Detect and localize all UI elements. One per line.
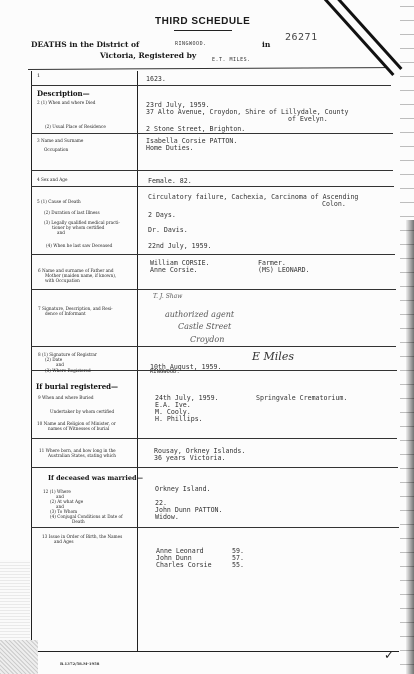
informant-town: Croydon bbox=[190, 335, 224, 344]
informant-description: authorized agent bbox=[165, 310, 234, 319]
certificate-number: 26271 bbox=[285, 32, 318, 43]
row-divider bbox=[31, 289, 396, 290]
witness-2-value: H. Phillips. bbox=[155, 415, 203, 423]
birthplace-label-2: Australian States, stating which bbox=[48, 453, 116, 458]
deaths-district-label: DEATHS in the District of bbox=[31, 40, 139, 49]
undertaker-label: Undertaker by whom certified bbox=[50, 409, 114, 414]
last-saw-value: 22nd July, 1959. bbox=[148, 242, 212, 250]
row-divider bbox=[31, 186, 394, 187]
parents-label-3: with Occupation bbox=[45, 278, 80, 283]
burial-place-value: Springvale Crematorium. bbox=[256, 394, 347, 402]
issue-name: Charles Corsie bbox=[156, 561, 212, 569]
conjugal-label-1: (4) Conjugal Conditions at Date of bbox=[50, 514, 123, 519]
registrar-signature: E Miles bbox=[252, 350, 294, 363]
title-underline bbox=[174, 30, 232, 31]
where-registered-value: RINGWOOD. bbox=[150, 369, 180, 375]
married-age-label: (2) At what Age bbox=[50, 499, 83, 504]
and-label: and bbox=[56, 362, 64, 367]
cause-of-death-value-cont: Colon. bbox=[322, 200, 346, 208]
in-label: in bbox=[262, 40, 270, 49]
district-value: RINGWOOD. bbox=[175, 41, 207, 47]
issue-age: 55. bbox=[232, 561, 244, 569]
death-certificate-page: THIRD SCHEDULE DEATHS in the District of… bbox=[0, 0, 414, 674]
mother-maiden-value: (MS) LEONARD. bbox=[258, 266, 310, 274]
duration-illness-value: 2 Days. bbox=[148, 211, 176, 219]
cause-of-death-label: 5 (1) Cause of Death bbox=[37, 199, 81, 204]
practitioner-value: Dr. Davis. bbox=[148, 226, 188, 234]
form-frame bbox=[31, 71, 395, 651]
diagonal-stripe-icon bbox=[322, 0, 394, 76]
last-saw-label: (4) When he last saw Deceased bbox=[46, 243, 112, 248]
duration-illness-label: (2) Duration of last Illness bbox=[44, 210, 100, 215]
description-heading: Description— bbox=[37, 89, 90, 98]
row-divider bbox=[31, 254, 395, 255]
registration-number-value: 1623. bbox=[146, 75, 166, 83]
informant-street: Castle Street bbox=[178, 322, 231, 331]
conjugal-label-2: Death bbox=[72, 519, 85, 524]
registrar-value: E.T. MILES. bbox=[212, 57, 251, 63]
diagonal-stripe-icon bbox=[330, 0, 402, 70]
sex-age-label: 4 Sex and Age bbox=[37, 177, 67, 182]
document-title: THIRD SCHEDULE bbox=[155, 16, 250, 27]
page-edge-shadow bbox=[406, 220, 414, 674]
checkmark-icon: ✓ bbox=[384, 648, 394, 662]
informant-signature: T. J. Shaw bbox=[153, 293, 182, 300]
top-rule bbox=[28, 67, 388, 70]
where-registered-label: (3) Where Registered bbox=[45, 368, 91, 373]
name-surname-label: 3 Name and Surname bbox=[37, 138, 83, 143]
place-of-death-value-cont: of Evelyn. bbox=[288, 115, 328, 123]
when-where-died-label: 2 (1) When and where Died bbox=[37, 100, 95, 105]
archive-watermark-icon bbox=[0, 640, 38, 674]
row-1-label: 1 bbox=[37, 74, 40, 79]
informant-label-2: dence of Informant bbox=[45, 311, 86, 316]
row-divider bbox=[31, 170, 393, 171]
marriage-place-value: Orkney Island. bbox=[155, 485, 211, 493]
registered-by-label: Victoria, Registered by bbox=[100, 51, 196, 60]
form-bottom-rule bbox=[31, 651, 399, 652]
form-code: B.1372/58.M-1958 bbox=[60, 661, 99, 666]
row-divider bbox=[31, 133, 393, 134]
practitioner-label-3: and bbox=[57, 230, 65, 235]
occupation-value: Home Duties. bbox=[146, 144, 194, 152]
row-divider bbox=[31, 346, 396, 347]
burial-heading: If burial registered— bbox=[36, 382, 118, 391]
issue-label-2: and Ages bbox=[54, 539, 74, 544]
conjugal-condition-value: Widow. bbox=[155, 513, 179, 521]
row-divider bbox=[31, 467, 398, 468]
usual-residence-value: 2 Stone Street, Brighton. bbox=[146, 125, 245, 133]
row-divider bbox=[31, 85, 391, 86]
usual-residence-label: (2) Usual Place of Residence bbox=[45, 124, 106, 129]
minister-label-2: names of Witnesses of burial bbox=[48, 426, 109, 431]
row-divider bbox=[31, 527, 399, 528]
when-where-buried-label: 9 When and where Buried bbox=[38, 395, 94, 400]
row-divider bbox=[31, 438, 397, 439]
column-divider bbox=[137, 71, 138, 651]
sex-age-value: Female. 82. bbox=[148, 177, 192, 185]
occupation-label: Occupation bbox=[44, 147, 68, 152]
scan-noise bbox=[0, 560, 30, 650]
married-heading: If deceased was married— bbox=[48, 474, 143, 482]
mother-name-value: Anne Corsie. bbox=[150, 266, 198, 274]
years-in-state-value: 36 years Victoria. bbox=[154, 454, 225, 462]
